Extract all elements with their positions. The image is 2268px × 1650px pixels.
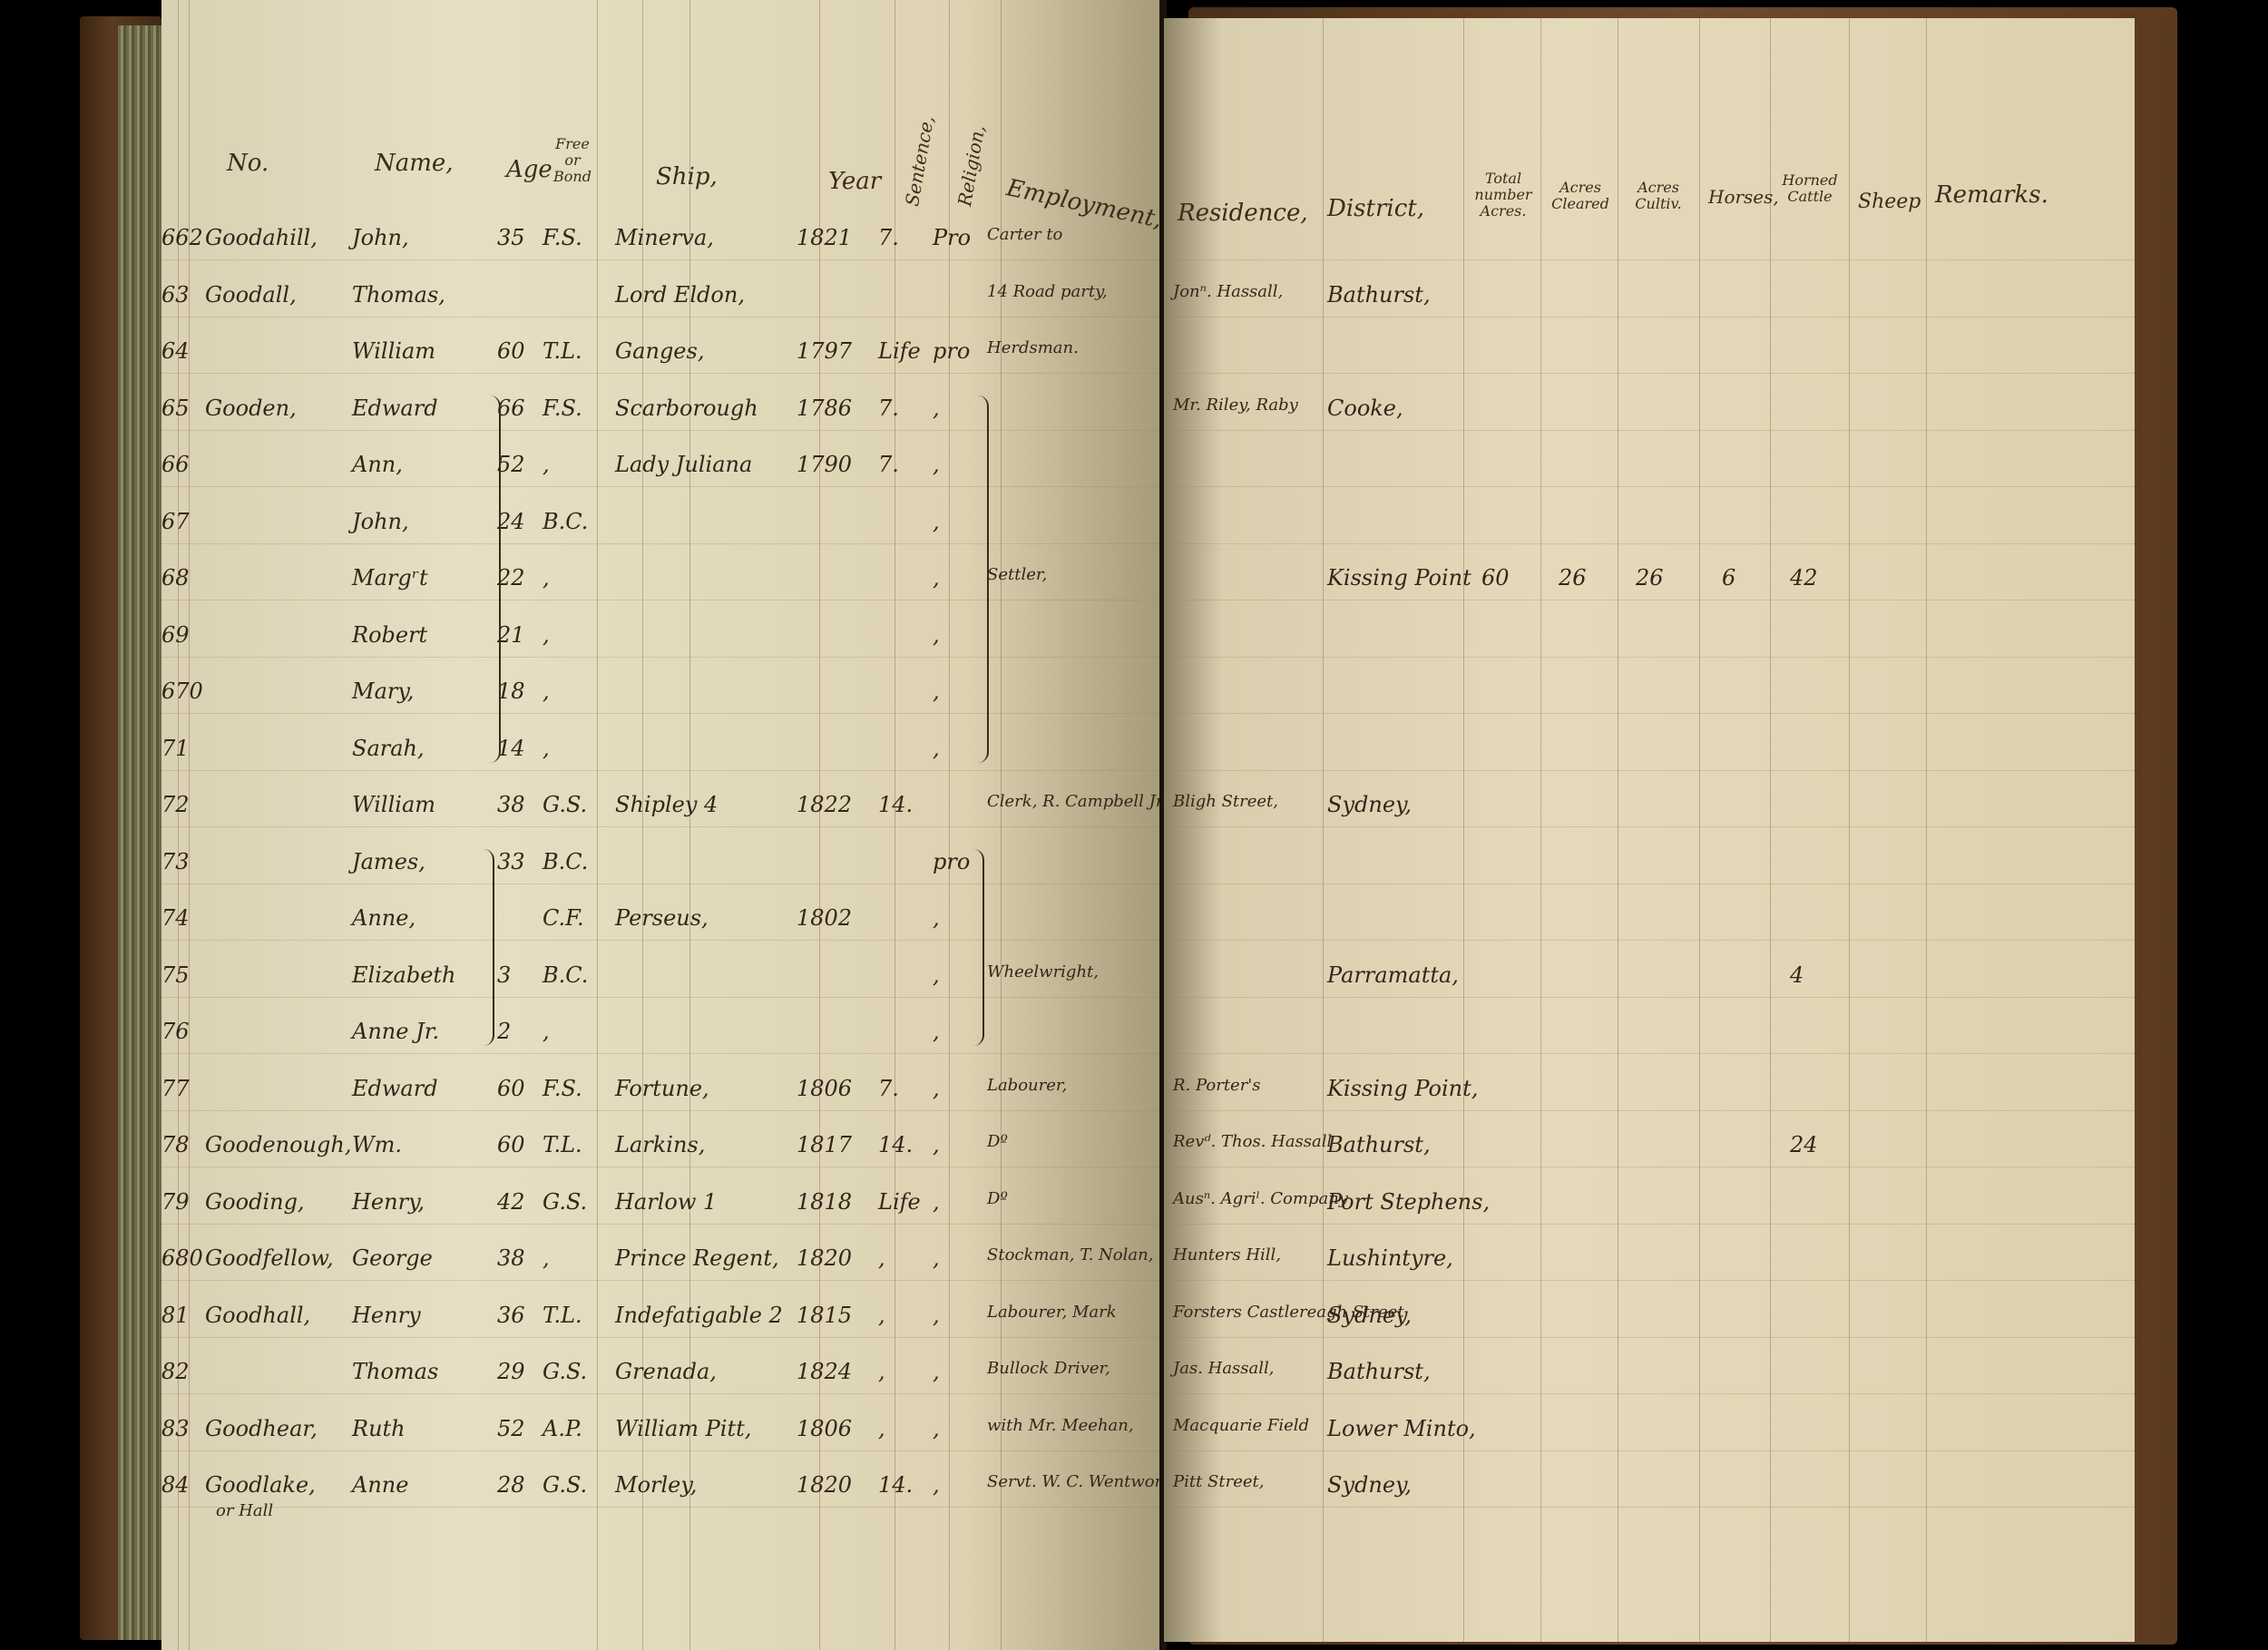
religion: Pro (933, 225, 971, 250)
employment: Settler, (987, 565, 1047, 584)
ruled-line (161, 1393, 1164, 1394)
header-district: District, (1327, 195, 1424, 222)
surname: Gooding, (205, 1189, 305, 1215)
surname: Goodhear, (205, 1416, 318, 1441)
age: 42 (497, 1189, 525, 1215)
given-name: William (352, 338, 435, 364)
sentence: 14. (878, 792, 913, 817)
employment: Labourer, (987, 1076, 1067, 1095)
free-or-bond: G.S. (543, 1189, 587, 1215)
district: Bathurst, (1327, 282, 1431, 308)
given-name: Henry, (352, 1189, 425, 1215)
horses: 6 (1722, 565, 1735, 591)
ruled-line (1164, 430, 2135, 431)
employment: Dº (987, 1132, 1008, 1151)
row-number: 78 (161, 1132, 190, 1157)
religion: , (933, 962, 940, 988)
header-name: Name, (375, 150, 454, 177)
employment: Carter to (987, 225, 1062, 244)
header-age: Age (506, 156, 552, 183)
age: 29 (497, 1359, 525, 1384)
residence: Hunters Hill, (1173, 1245, 1281, 1264)
row-number: 72 (161, 792, 190, 817)
ruled-line (1164, 940, 2135, 941)
ruled-line (1164, 317, 2135, 317)
given-name: Margʳt (352, 565, 428, 591)
ruled-line (161, 430, 1164, 431)
ruled-line (1164, 1224, 2135, 1225)
arrival-year: 1820 (797, 1472, 852, 1498)
ruled-line (161, 1053, 1164, 1054)
free-or-bond: B.C. (543, 849, 588, 874)
page-edges (118, 25, 168, 1640)
age: 66 (497, 395, 525, 421)
surname-alias: or Hall (216, 1501, 273, 1520)
district: Cooke, (1327, 395, 1403, 421)
arrival-year: 1820 (797, 1245, 852, 1271)
age: 21 (497, 622, 525, 648)
district: Bathurst, (1327, 1359, 1431, 1384)
free-or-bond: F.S. (543, 1076, 582, 1101)
religion: , (933, 1416, 940, 1441)
header-sentence: Sentence, (901, 114, 938, 208)
row-number: 69 (161, 622, 190, 648)
district: Bathurst, (1327, 1132, 1431, 1157)
sentence: , (878, 1416, 885, 1441)
ruled-line (161, 826, 1164, 827)
ruled-line (161, 1507, 1164, 1508)
religion: pro (933, 338, 970, 364)
age: 28 (497, 1472, 525, 1498)
age: 3 (497, 962, 511, 988)
employment: Bullock Driver, (987, 1359, 1110, 1378)
free-or-bond: , (543, 565, 550, 591)
arrival-year: 1790 (797, 452, 852, 477)
ship-name: Fortune, (615, 1076, 709, 1101)
ruled-line (1164, 826, 2135, 827)
religion: , (933, 452, 940, 477)
ruled-line (1164, 373, 2135, 374)
age: 36 (497, 1303, 525, 1328)
row-number: 680 (161, 1245, 203, 1271)
given-name: Anne, (352, 905, 415, 931)
ruled-line (161, 600, 1164, 600)
row-number: 63 (161, 282, 190, 308)
surname: Goodhall, (205, 1303, 310, 1328)
religion: , (933, 1472, 940, 1498)
row-number: 81 (161, 1303, 190, 1328)
ruled-line (1164, 543, 2135, 544)
religion: pro (933, 849, 970, 874)
row-number: 64 (161, 338, 190, 364)
ruled-line (161, 1167, 1164, 1167)
ruled-line (161, 259, 1164, 260)
family-bracket (484, 849, 494, 1047)
ruled-line (1164, 770, 2135, 771)
sentence: , (878, 1303, 885, 1328)
ruled-line (161, 1450, 1164, 1451)
religion: , (933, 622, 940, 648)
district: Lower Minto, (1327, 1416, 1476, 1441)
residence: Mr. Riley, Raby (1173, 395, 1298, 415)
religion: , (933, 1189, 940, 1215)
family-bracket (490, 395, 501, 763)
district: Sydney, (1327, 1472, 1412, 1498)
given-name: Anne Jr. (352, 1019, 439, 1044)
ruled-line (1164, 1337, 2135, 1338)
age: 18 (497, 679, 525, 704)
ruled-line (161, 1224, 1164, 1225)
row-number: 82 (161, 1359, 190, 1384)
arrival-year: 1806 (797, 1076, 852, 1101)
ruled-line (161, 884, 1164, 884)
ruled-line (1164, 486, 2135, 487)
horned-cattle: 24 (1790, 1132, 1818, 1157)
surname: Goodfellow, (205, 1245, 334, 1271)
sentence: Life (878, 338, 921, 364)
free-or-bond: B.C. (543, 509, 588, 534)
ruled-line (161, 940, 1164, 941)
ruled-line (1164, 713, 2135, 714)
employment: 14 Road party, (987, 282, 1108, 301)
age: 35 (497, 225, 525, 250)
ruled-line (1164, 1393, 2135, 1394)
horned-cattle: 42 (1790, 565, 1818, 591)
free-or-bond: , (543, 622, 550, 648)
ruled-line (1164, 600, 2135, 600)
row-number: 75 (161, 962, 190, 988)
given-name: James, (352, 849, 425, 874)
employment: Clerk, R. Campbell Jr. (987, 792, 1167, 811)
arrival-year: 1786 (797, 395, 852, 421)
row-number: 74 (161, 905, 190, 931)
religion: , (933, 565, 940, 591)
religion: , (933, 509, 940, 534)
sentence: , (878, 1359, 885, 1384)
ship-name: Shipley 4 (615, 792, 718, 817)
given-name: Ann, (352, 452, 403, 477)
arrival-year: 1815 (797, 1303, 852, 1328)
religion: , (933, 1132, 940, 1157)
religion: , (933, 1359, 940, 1384)
ruled-line (1164, 1167, 2135, 1167)
age: 38 (497, 1245, 525, 1271)
arrival-year: 1797 (797, 338, 852, 364)
sentence: 7. (878, 1076, 899, 1101)
given-name: Elizabeth (352, 962, 456, 988)
ruled-line (161, 373, 1164, 374)
employment-bracket (978, 395, 989, 763)
given-name: Thomas (352, 1359, 438, 1384)
religion: , (933, 1245, 940, 1271)
age: 38 (497, 792, 525, 817)
employment: Labourer, Mark (987, 1303, 1117, 1322)
age: 60 (497, 1076, 525, 1101)
ruled-line (161, 1110, 1164, 1111)
ship-name: Perseus, (615, 905, 709, 931)
arrival-year: 1821 (797, 225, 852, 250)
total-acres: 60 (1481, 565, 1510, 591)
district: Kissing Point, (1327, 1076, 1478, 1101)
row-number: 79 (161, 1189, 190, 1215)
ship-name: Scarborough (615, 395, 758, 421)
sentence: 7. (878, 452, 899, 477)
free-or-bond: G.S. (543, 1472, 587, 1498)
age: 52 (497, 452, 525, 477)
free-or-bond: T.L. (543, 1303, 582, 1328)
free-or-bond: F.S. (543, 225, 582, 250)
ship-name: Larkins, (615, 1132, 705, 1157)
residence: Bligh Street, (1173, 792, 1278, 811)
free-or-bond: , (543, 1245, 550, 1271)
ruled-line (161, 543, 1164, 544)
header-horses: Horses, (1708, 186, 1779, 208)
religion: , (933, 395, 940, 421)
sentence: 14. (878, 1472, 913, 1498)
free-or-bond: B.C. (543, 962, 588, 988)
surname: Goodahill, (205, 225, 318, 250)
religion: , (933, 1303, 940, 1328)
row-number: 71 (161, 736, 190, 761)
sentence: , (878, 1245, 885, 1271)
given-name: Thomas, (352, 282, 445, 308)
ruled-line (161, 1280, 1164, 1281)
ruled-line (161, 1337, 1164, 1338)
age: 2 (497, 1019, 511, 1044)
free-or-bond: G.S. (543, 792, 587, 817)
free-or-bond: T.L. (543, 338, 582, 364)
free-or-bond: , (543, 452, 550, 477)
ruled-line (1164, 1450, 2135, 1451)
row-number: 77 (161, 1076, 190, 1101)
ruled-line (1164, 997, 2135, 998)
row-number: 83 (161, 1416, 190, 1441)
free-or-bond: , (543, 679, 550, 704)
given-name: Anne (352, 1472, 408, 1498)
religion: , (933, 1076, 940, 1101)
acres-cultivated: 26 (1636, 565, 1664, 591)
district: Sydney, (1327, 792, 1412, 817)
employment-bracket (973, 849, 984, 1047)
given-name: Sarah, (352, 736, 425, 761)
religion: , (933, 1019, 940, 1044)
ruled-line (161, 770, 1164, 771)
residence: Macquarie Field (1173, 1416, 1309, 1435)
header-acres-cleared: Acres Cleared (1545, 180, 1616, 212)
header-residence: Residence, (1178, 200, 1308, 227)
religion: , (933, 679, 940, 704)
employment: Servt. W. C. Wentworth, (987, 1472, 1185, 1491)
ruled-line (1164, 1053, 2135, 1054)
free-or-bond: T.L. (543, 1132, 582, 1157)
age: 14 (497, 736, 525, 761)
district: Parramatta, (1327, 962, 1459, 988)
given-name: Mary, (352, 679, 414, 704)
row-number: 84 (161, 1472, 190, 1498)
free-or-bond: A.P. (543, 1416, 582, 1441)
ship-name: Lord Eldon, (615, 282, 745, 308)
header-year: Year (828, 168, 881, 195)
residence: Pitt Street, (1173, 1472, 1265, 1491)
ship-name: Minerva, (615, 225, 714, 250)
ship-name: Indefatigable 2 (615, 1303, 783, 1328)
given-name: George (352, 1245, 433, 1271)
header-free-or-bond: Free or Bond (550, 136, 595, 185)
age: 24 (497, 509, 525, 534)
age: 52 (497, 1416, 525, 1441)
ruled-line (1164, 884, 2135, 884)
given-name: Wm. (352, 1132, 402, 1157)
arrival-year: 1817 (797, 1132, 852, 1157)
ruled-line (161, 713, 1164, 714)
header-ship: Ship, (656, 163, 718, 190)
ruled-line (1164, 1507, 2135, 1508)
free-or-bond: F.S. (543, 395, 582, 421)
religion: , (933, 905, 940, 931)
header-sheep: Sheep (1858, 190, 1921, 213)
surname: Goodenough, (205, 1132, 351, 1157)
residence: Revᵈ. Thos. Hassall (1173, 1132, 1332, 1151)
age: 33 (497, 849, 525, 874)
free-or-bond: C.F. (543, 905, 584, 931)
ship-name: Harlow 1 (615, 1189, 717, 1215)
header-remarks: Remarks. (1935, 181, 2048, 209)
sentence: 7. (878, 395, 899, 421)
row-number: 662 (161, 225, 203, 250)
surname: Goodall, (205, 282, 297, 308)
employment: with Mr. Meehan, (987, 1416, 1134, 1435)
age: 22 (497, 565, 525, 591)
arrival-year: 1818 (797, 1189, 852, 1215)
ruled-line (161, 486, 1164, 487)
horned-cattle: 4 (1790, 962, 1804, 988)
ship-name: Prince Regent, (615, 1245, 779, 1271)
ruled-line (161, 997, 1164, 998)
residence: Ausⁿ. Agriˡ. Company (1173, 1189, 1348, 1208)
row-number: 68 (161, 565, 190, 591)
ruled-line (1164, 1280, 2135, 1281)
row-number: 65 (161, 395, 190, 421)
given-name: Henry (352, 1303, 421, 1328)
ship-name: William Pitt, (615, 1416, 751, 1441)
ruled-line (1164, 657, 2135, 658)
row-number: 67 (161, 509, 190, 534)
given-name: Edward (352, 395, 438, 421)
religion: , (933, 736, 940, 761)
surname: Gooden, (205, 395, 297, 421)
ship-name: Morley, (615, 1472, 697, 1498)
residence: Jonⁿ. Hassall, (1173, 282, 1283, 301)
given-name: Ruth (352, 1416, 406, 1441)
header-no: No. (227, 150, 269, 177)
arrival-year: 1802 (797, 905, 852, 931)
sentence: 7. (878, 225, 899, 250)
given-name: John, (352, 225, 409, 250)
given-name: John, (352, 509, 409, 534)
arrival-year: 1822 (797, 792, 852, 817)
ship-name: Grenada, (615, 1359, 717, 1384)
row-number: 76 (161, 1019, 190, 1044)
header-acres-cultivated: Acres Cultiv. (1622, 180, 1695, 212)
right-page: Residence, District, Total number Acres.… (1164, 18, 2135, 1642)
surname: Goodlake, (205, 1472, 316, 1498)
ship-name: Lady Juliana (615, 452, 752, 477)
employment: Dº (987, 1189, 1008, 1208)
free-or-bond: , (543, 736, 550, 761)
district: Lushintyre, (1327, 1245, 1453, 1271)
residence: Jas. Hassall, (1173, 1359, 1275, 1378)
age: 60 (497, 338, 525, 364)
employment: Stockman, T. Nolan, (987, 1245, 1153, 1264)
district: Port Stephens, (1327, 1189, 1490, 1215)
district: Sydney, (1327, 1303, 1412, 1328)
employment: Herdsman. (987, 338, 1079, 357)
sentence: Life (878, 1189, 921, 1215)
age: 60 (497, 1132, 525, 1157)
ruled-line (1164, 1110, 2135, 1111)
acres-cleared: 26 (1559, 565, 1587, 591)
ruled-line (161, 657, 1164, 658)
residence: R. Porter's (1173, 1076, 1261, 1095)
arrival-year: 1806 (797, 1416, 852, 1441)
sentence: 14. (878, 1132, 913, 1157)
row-number: 73 (161, 849, 190, 874)
left-page: No. Name, Age Free or Bond Ship, Year Se… (161, 0, 1164, 1650)
arrival-year: 1824 (797, 1359, 852, 1384)
employment: Wheelwright, (987, 962, 1099, 981)
ruled-line (161, 317, 1164, 317)
ruled-line (1164, 259, 2135, 260)
row-number: 670 (161, 679, 203, 704)
ship-name: Ganges, (615, 338, 704, 364)
row-number: 66 (161, 452, 190, 477)
district: Kissing Point (1327, 565, 1471, 591)
given-name: William (352, 792, 435, 817)
free-or-bond: , (543, 1019, 550, 1044)
header-religion: Religion, (953, 123, 989, 208)
given-name: Robert (352, 622, 427, 648)
header-total-acres: Total number Acres. (1468, 171, 1539, 220)
given-name: Edward (352, 1076, 438, 1101)
header-horned-cattle: Horned Cattle (1774, 172, 1846, 205)
free-or-bond: G.S. (543, 1359, 587, 1384)
